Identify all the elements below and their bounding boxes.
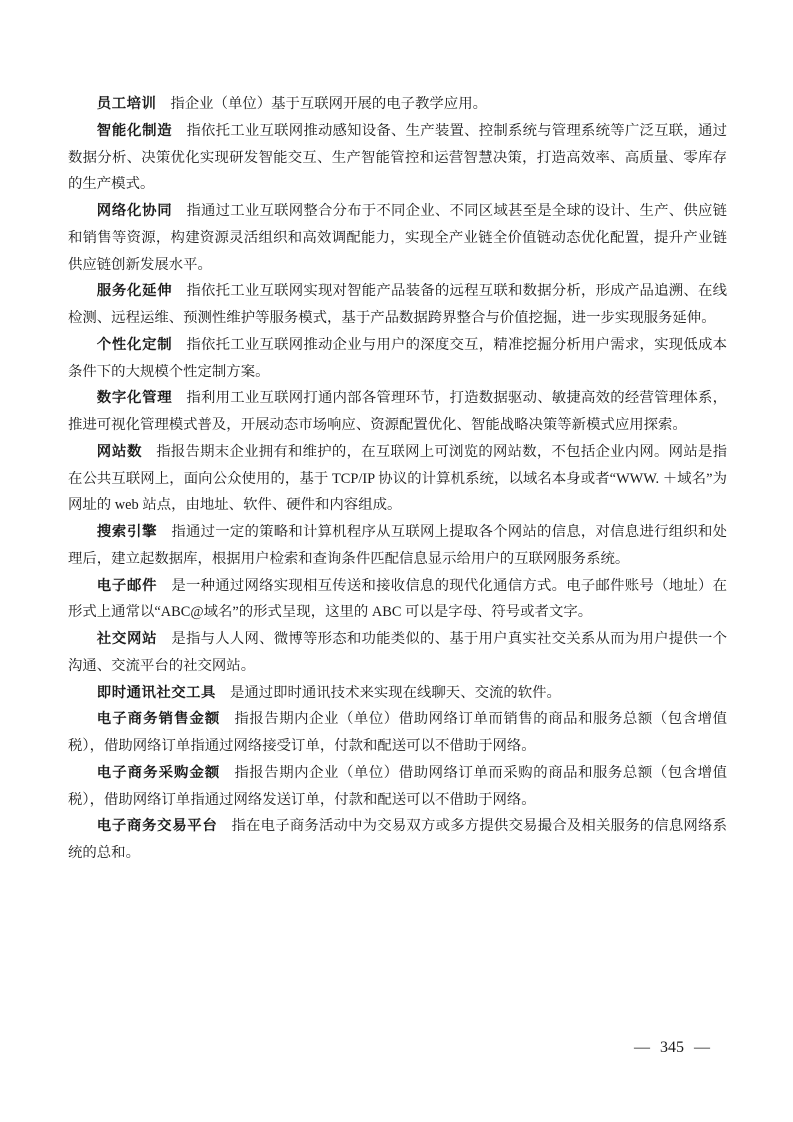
definition-text: 是通过即时通讯技术来实现在线聊天、交流的软件。 xyxy=(230,685,561,701)
definition-paragraph: 服务化延伸指依托工业互联网实现对智能产品装备的远程互联和数据分析，形成产品追溯、… xyxy=(68,278,727,332)
term-label: 电子商务销售金额 xyxy=(97,711,235,727)
definitions-section: 员工培训指企业（单位）基于互联网开展的电子教学应用。 智能化制造指依托工业互联网… xyxy=(68,91,727,867)
definition-paragraph: 电子商务交易平台指在电子商务活动中为交易双方或多方提供交易撮合及相关服务的信息网… xyxy=(68,813,727,867)
definition-text: 指报告期末企业拥有和维护的，在互联网上可浏览的网站数，不包括企业内网。网站是指在… xyxy=(68,444,727,514)
definition-paragraph: 搜索引擎指通过一定的策略和计算机程序从互联网上提取各个网站的信息，对信息进行组织… xyxy=(68,519,727,573)
definition-paragraph: 智能化制造指依托工业互联网推动感知设备、生产装置、控制系统与管理系统等广泛互联，… xyxy=(68,118,727,198)
document-page: 员工培训指企业（单位）基于互联网开展的电子教学应用。 智能化制造指依托工业互联网… xyxy=(0,0,793,1122)
definition-paragraph: 网站数指报告期末企业拥有和维护的，在互联网上可浏览的网站数，不包括企业内网。网站… xyxy=(68,439,727,519)
term-label: 智能化制造 xyxy=(97,123,187,139)
term-label: 搜索引擎 xyxy=(97,524,172,540)
definition-paragraph: 社交网站是指与人人网、微博等形态和功能类似的、基于用户真实社交关系从而为用户提供… xyxy=(68,626,727,680)
definition-paragraph: 员工培训指企业（单位）基于互联网开展的电子教学应用。 xyxy=(68,91,727,118)
term-label: 网络化协同 xyxy=(97,203,187,219)
term-label: 社交网站 xyxy=(97,631,172,647)
definition-text: 指企业（单位）基于互联网开展的电子教学应用。 xyxy=(170,96,487,112)
definition-paragraph: 电子邮件是一种通过网络实现相互传送和接收信息的现代化通信方式。电子邮件账号（地址… xyxy=(68,573,727,627)
term-label: 个性化定制 xyxy=(97,337,187,353)
page-number: — 345 — xyxy=(634,1038,710,1058)
term-label: 即时通讯社交工具 xyxy=(97,685,230,701)
term-label: 员工培训 xyxy=(97,96,171,112)
definition-paragraph: 电子商务销售金额指报告期内企业（单位）借助网络订单而销售的商品和服务总额（包含增… xyxy=(68,706,727,760)
definition-paragraph: 网络化协同指通过工业互联网整合分布于不同企业、不同区域甚至是全球的设计、生产、供… xyxy=(68,198,727,278)
definition-paragraph: 数字化管理指利用工业互联网打通内部各管理环节，打造数据驱动、敏捷高效的经营管理体… xyxy=(68,385,727,439)
term-label: 电子邮件 xyxy=(97,578,172,594)
term-label: 服务化延伸 xyxy=(97,283,187,299)
term-label: 电子商务采购金额 xyxy=(97,765,235,781)
term-label: 数字化管理 xyxy=(97,390,187,406)
definition-paragraph: 即时通讯社交工具是通过即时通讯技术来实现在线聊天、交流的软件。 xyxy=(68,680,727,707)
definition-paragraph: 个性化定制指依托工业互联网推动企业与用户的深度交互，精准挖掘分析用户需求，实现低… xyxy=(68,332,727,386)
term-label: 电子商务交易平台 xyxy=(97,818,232,834)
definition-paragraph: 电子商务采购金额指报告期内企业（单位）借助网络订单而采购的商品和服务总额（包含增… xyxy=(68,760,727,814)
term-label: 网站数 xyxy=(97,444,156,460)
